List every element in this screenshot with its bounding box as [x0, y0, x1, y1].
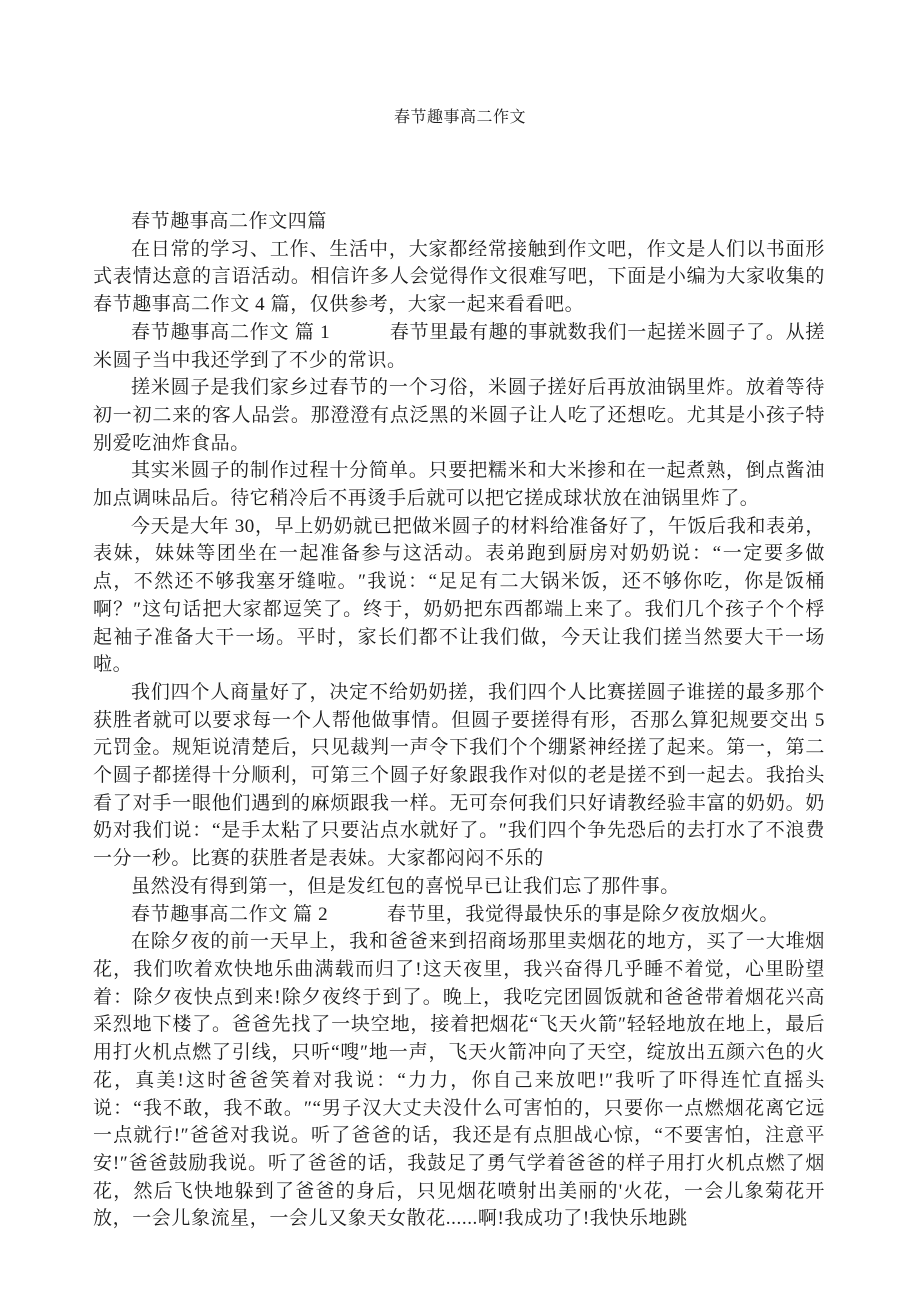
- paragraph: 我们四个人商量好了，决定不给奶奶搓，我们四个人比赛搓圆子谁搓的最多那个获胜者就可…: [93, 679, 825, 873]
- paragraph: 今天是大年 30，早上奶奶就已把做米圆子的材料给准备好了，午饭后我和表弟，表妹，…: [93, 513, 825, 679]
- paragraph-intro: 在日常的学习、工作、生活中，大家都经常接触到作文吧，作文是人们以书面形式表情达意…: [93, 236, 825, 319]
- paragraph-subtitle: 春节趣事高二作文四篇: [93, 208, 825, 236]
- paragraph: 在除夕夜的前一天早上，我和爸爸来到招商场那里卖烟花的地方，买了一大堆烟花，我们吹…: [93, 928, 825, 1233]
- paragraph: 虽然没有得到第一，但是发红包的喜悦早已让我们忘了那件事。: [93, 873, 825, 901]
- paragraph-essay1-heading: 春节趣事高二作文 篇 1 春节里最有趣的事就数我们一起搓米圆子了。从搓米圆子当中…: [93, 319, 825, 374]
- paragraph-essay2-heading: 春节趣事高二作文 篇 2 春节里，我觉得最快乐的事是除夕夜放烟火。: [93, 901, 825, 929]
- document-body: 春节趣事高二作文四篇 在日常的学习、工作、生活中，大家都经常接触到作文吧，作文是…: [93, 208, 825, 1233]
- document-page: 春节趣事高二作文 春节趣事高二作文四篇 在日常的学习、工作、生活中，大家都经常接…: [0, 0, 920, 1302]
- paragraph: 其实米圆子的制作过程十分简单。只要把糯米和大米掺和在一起煮熟，倒点酱油加点调味品…: [93, 457, 825, 512]
- document-title: 春节趣事高二作文: [0, 108, 920, 128]
- paragraph: 搓米圆子是我们家乡过春节的一个习俗，米圆子搓好后再放油锅里炸。放着等待初一初二来…: [93, 374, 825, 457]
